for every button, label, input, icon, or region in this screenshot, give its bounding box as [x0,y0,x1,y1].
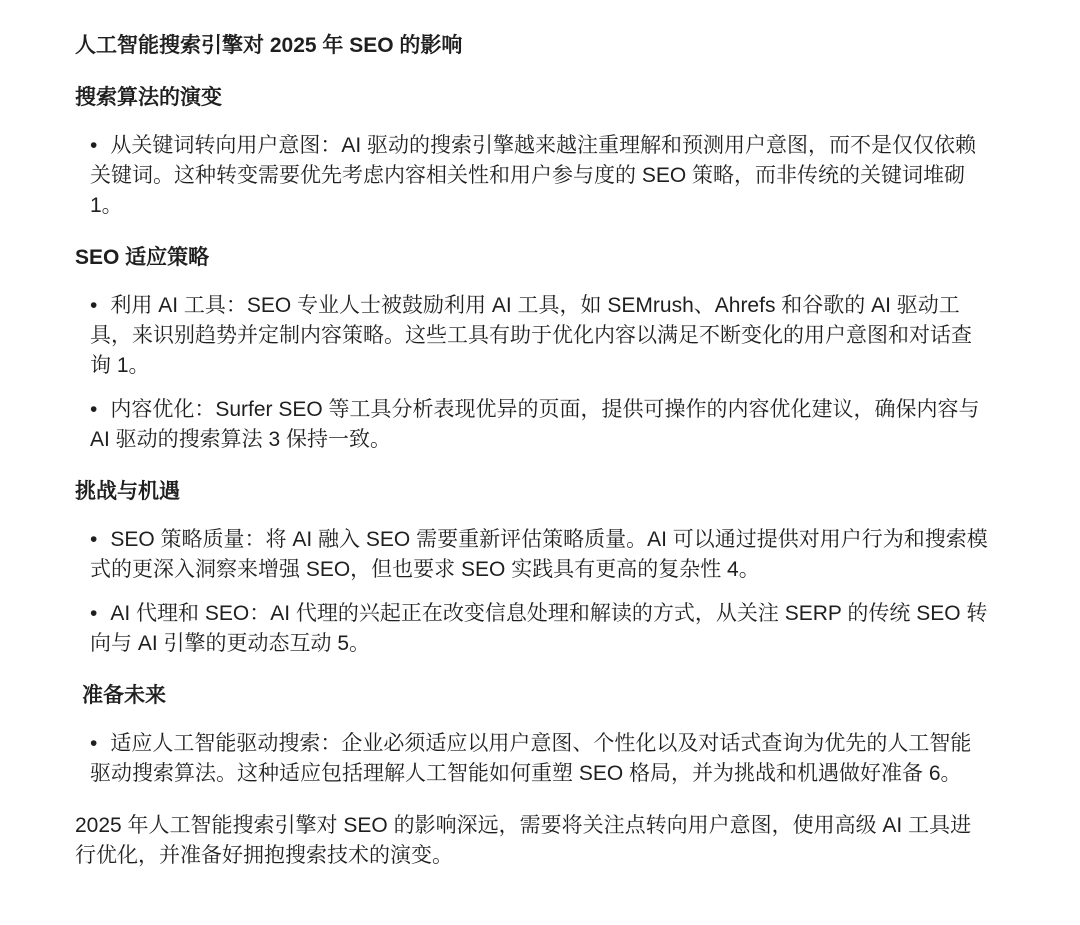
section-heading: 搜索算法的演变 [75,83,990,113]
list-item: •利用 AI 工具：SEO 专业人士被鼓励利用 AI 工具，如 SEMrush、… [90,291,990,381]
list-item-text: SEO 策略质量：将 AI 融入 SEO 需要重新评估策略质量。AI 可以通过提… [90,528,988,581]
list-item: •从关键词转向用户意图：AI 驱动的搜索引擎越来越注重理解和预测用户意图，而不是… [90,131,990,221]
document-page: 人工智能搜索引擎对 2025 年 SEO 的影响 搜索算法的演变 •从关键词转向… [0,0,1080,925]
document-section: 准备未来 •适应人工智能驱动搜索：企业必须适应以用户意图、个性化以及对话式查询为… [75,681,990,789]
list-item-text: AI 代理和 SEO：AI 代理的兴起正在改变信息处理和解读的方式，从关注 SE… [90,602,987,655]
section-heading: SEO 适应策略 [75,243,990,273]
list-item-text: 适应人工智能驱动搜索：企业必须适应以用户意图、个性化以及对话式查询为优先的人工智… [90,732,971,785]
document-section: 挑战与机遇 •SEO 策略质量：将 AI 融入 SEO 需要重新评估策略质量。A… [75,477,990,659]
list-item: •AI 代理和 SEO：AI 代理的兴起正在改变信息处理和解读的方式，从关注 S… [90,599,990,659]
bullet-icon: • [90,294,97,317]
bullet-icon: • [90,398,97,421]
bullet-list: •适应人工智能驱动搜索：企业必须适应以用户意图、个性化以及对话式查询为优先的人工… [75,729,990,789]
list-item: •适应人工智能驱动搜索：企业必须适应以用户意图、个性化以及对话式查询为优先的人工… [90,729,990,789]
bullet-icon: • [90,528,97,551]
section-heading: 准备未来 [75,681,990,711]
list-item-text: 内容优化：Surfer SEO 等工具分析表现优异的页面，提供可操作的内容优化建… [90,398,980,451]
section-heading: 挑战与机遇 [75,477,990,507]
document-section: SEO 适应策略 •利用 AI 工具：SEO 专业人士被鼓励利用 AI 工具，如… [75,243,990,455]
bullet-icon: • [90,602,97,625]
sections-container: 搜索算法的演变 •从关键词转向用户意图：AI 驱动的搜索引擎越来越注重理解和预测… [75,83,990,789]
list-item: •内容优化：Surfer SEO 等工具分析表现优异的页面，提供可操作的内容优化… [90,395,990,455]
bullet-icon: • [90,134,97,157]
document-section: 搜索算法的演变 •从关键词转向用户意图：AI 驱动的搜索引擎越来越注重理解和预测… [75,83,990,221]
closing-paragraph: 2025 年人工智能搜索引擎对 SEO 的影响深远，需要将关注点转向用户意图，使… [75,811,990,871]
list-item-text: 利用 AI 工具：SEO 专业人士被鼓励利用 AI 工具，如 SEMrush、A… [90,294,972,377]
list-item-text: 从关键词转向用户意图：AI 驱动的搜索引擎越来越注重理解和预测用户意图，而不是仅… [90,134,976,217]
bullet-list: •SEO 策略质量：将 AI 融入 SEO 需要重新评估策略质量。AI 可以通过… [75,525,990,659]
bullet-list: •利用 AI 工具：SEO 专业人士被鼓励利用 AI 工具，如 SEMrush、… [75,291,990,455]
bullet-list: •从关键词转向用户意图：AI 驱动的搜索引擎越来越注重理解和预测用户意图，而不是… [75,131,990,221]
list-item: •SEO 策略质量：将 AI 融入 SEO 需要重新评估策略质量。AI 可以通过… [90,525,990,585]
page-title: 人工智能搜索引擎对 2025 年 SEO 的影响 [75,31,990,61]
bullet-icon: • [90,732,97,755]
